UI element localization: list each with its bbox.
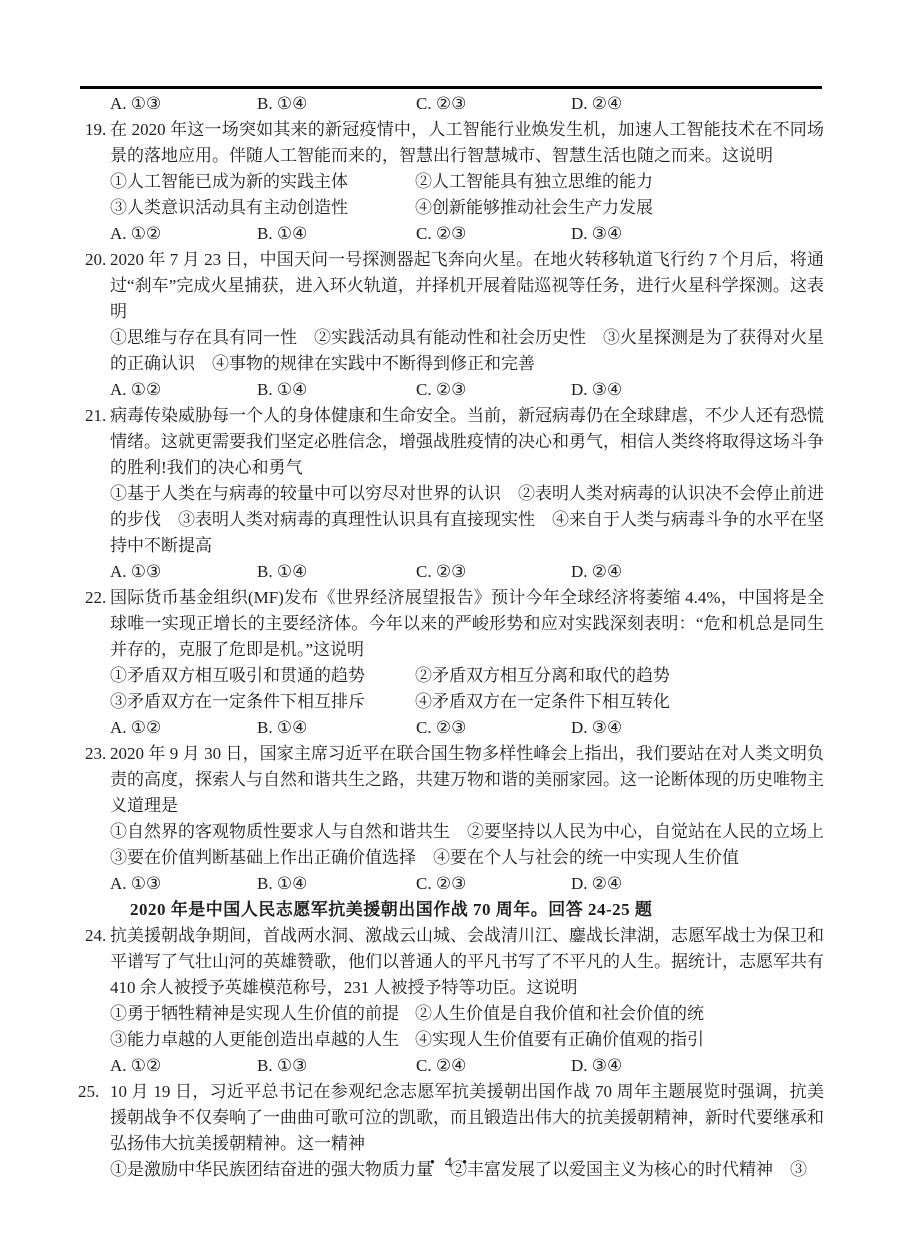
page-top-rule (80, 86, 822, 89)
question-19-choice-a: A. ①② (110, 221, 257, 247)
page-number: • 4 • (0, 1150, 900, 1176)
question-20-choice-d: D. ③④ (571, 377, 824, 403)
question-22-statement-4: ④矛盾双方在一定条件下相互转化 (415, 689, 670, 715)
question-19: 19.在 2020 年这一场突如其来的新冠疫情中，人工智能行业焕发生机，加速人工… (85, 117, 824, 247)
question-23-statements: ①自然界的客观物质性要求人与自然和谐共生 ②要坚持以人民为中心，自觉站在人民的立… (110, 819, 824, 871)
question-19-number: 19. (85, 117, 106, 143)
question-21: 21.病毒传染威胁每一个人的身体健康和生命安全。当前，新冠病毒仍在全球肆虐，不少… (85, 403, 824, 585)
carryover-choice-d: D. ②④ (571, 91, 824, 117)
question-24-choice-b: B. ①③ (257, 1053, 416, 1079)
carryover-choice-a: A. ①③ (110, 91, 257, 117)
question-24-statement-4: ④实现人生价值要有正确价值观的指引 (415, 1027, 704, 1053)
question-24-choice-d: D. ③④ (571, 1053, 824, 1079)
question-21-choice-c: C. ②③ (416, 559, 571, 585)
question-21-choice-a: A. ①③ (110, 559, 257, 585)
question-23-choice-c: C. ②③ (416, 871, 571, 897)
question-19-choice-row: A. ①②B. ①④C. ②③D. ③④ (110, 221, 824, 247)
question-19-statement-2: ②人工智能具有独立思维的能力 (415, 169, 653, 195)
question-22-choice-row: A. ①②B. ①④C. ②③D. ③④ (110, 715, 824, 741)
question-21-choice-d: D. ②④ (571, 559, 824, 585)
question-22-statement-2: ②矛盾双方相互分离和取代的趋势 (415, 663, 670, 689)
question-24-statement-3: ③能力卓越的人更能创造出卓越的人生 (110, 1027, 415, 1053)
question-24-statement-2: ②人生价值是自我价值和社会价值的统 (415, 1001, 704, 1027)
carryover-choice-b: B. ①④ (257, 91, 416, 117)
question-23-choice-row: A. ①③B. ①④C. ②③D. ②④ (110, 871, 824, 897)
carryover-choice-row: A. ①③ B. ①④ C. ②③ D. ②④ (85, 91, 824, 117)
question-19-statement-4: ④创新能够推动社会生产力发展 (415, 195, 653, 221)
question-25-stem: 10 月 19 日，习近平总书记在参观纪念志愿军抗美援朝出国作战 70 周年主题… (110, 1079, 824, 1157)
question-22-choice-a: A. ①② (110, 715, 257, 741)
question-23-stem: 2020 年 9 月 30 日，国家主席习近平在联合国生物多样性峰会上指出，我们… (110, 741, 824, 819)
question-23-choice-d: D. ②④ (571, 871, 824, 897)
question-20-choice-row: A. ①②B. ①④C. ②③D. ③④ (110, 377, 824, 403)
question-19-choice-d: D. ③④ (571, 221, 824, 247)
question-24-statement-row-2: ③能力卓越的人更能创造出卓越的人生④实现人生价值要有正确价值观的指引 (110, 1027, 824, 1053)
question-22-statement-1: ①矛盾双方相互吸引和贯通的趋势 (110, 663, 415, 689)
question-23-choice-a: A. ①③ (110, 871, 257, 897)
question-22-choice-b: B. ①④ (257, 715, 416, 741)
question-22-statement-row-2: ③矛盾双方在一定条件下相互排斥④矛盾双方在一定条件下相互转化 (110, 689, 824, 715)
question-24-statement-1: ①勇于牺牲精神是实现人生价值的前提 (110, 1001, 415, 1027)
question-21-number: 21. (85, 403, 106, 429)
question-24-choice-c: C. ②④ (416, 1053, 571, 1079)
question-22-choice-d: D. ③④ (571, 715, 824, 741)
carryover-choice-c: C. ②③ (416, 91, 571, 117)
question-20-statements: ①思维与存在具有同一性 ②实践活动具有能动性和社会历史性 ③火星探测是为了获得对… (110, 325, 824, 377)
question-20-stem: 2020 年 7 月 23 日，中国天问一号探测器起飞奔向火星。在地火转移轨道飞… (110, 247, 824, 325)
question-19-statement-3: ③人类意识活动具有主动创造性 (110, 195, 415, 221)
question-22: 22.国际货币基金组织(MF)发布《世界经济展望报告》预计今年全球经济将萎缩 4… (85, 585, 824, 741)
question-22-number: 22. (85, 585, 106, 611)
question-24-number: 24. (85, 923, 106, 949)
question-20: 20.2020 年 7 月 23 日，中国天问一号探测器起飞奔向火星。在地火转移… (85, 247, 824, 403)
question-24: 24.抗美援朝战争期间，首战两水洞、激战云山城、会战清川江、鏖战长津湖，志愿军战… (85, 923, 824, 1079)
question-23-choice-b: B. ①④ (257, 871, 416, 897)
question-24-stem: 抗美援朝战争期间，首战两水洞、激战云山城、会战清川江、鏖战长津湖，志愿军战士为保… (110, 923, 824, 1001)
section-note: 2020 年是中国人民志愿军抗美援朝出国作战 70 周年。回答 24-25 题 (85, 897, 824, 923)
question-21-stem: 病毒传染威胁每一个人的身体健康和生命安全。当前，新冠病毒仍在全球肆虐，不少人还有… (110, 403, 824, 481)
exam-page: A. ①③ B. ①④ C. ②③ D. ②④ 19.在 2020 年这一场突如… (0, 0, 900, 1246)
question-20-choice-c: C. ②③ (416, 377, 571, 403)
question-19-stem: 在 2020 年这一场突如其来的新冠疫情中，人工智能行业焕发生机，加速人工智能技… (110, 117, 824, 169)
question-20-choice-a: A. ①② (110, 377, 257, 403)
question-19-statement-1: ①人工智能已成为新的实践主体 (110, 169, 415, 195)
question-21-choice-row: A. ①③B. ①④C. ②③D. ②④ (110, 559, 824, 585)
question-24-choice-a: A. ①② (110, 1053, 257, 1079)
question-19-choice-b: B. ①④ (257, 221, 416, 247)
question-23: 23.2020 年 9 月 30 日，国家主席习近平在联合国生物多样性峰会上指出… (85, 741, 824, 897)
question-22-statement-3: ③矛盾双方在一定条件下相互排斥 (110, 689, 415, 715)
question-22-statement-row-1: ①矛盾双方相互吸引和贯通的趋势②矛盾双方相互分离和取代的趋势 (110, 663, 824, 689)
question-21-statements: ①基于人类在与病毒的较量中可以穷尽对世界的认识 ②表明人类对病毒的认识决不会停止… (110, 481, 824, 559)
question-24-choice-row: A. ①②B. ①③C. ②④D. ③④ (110, 1053, 824, 1079)
question-21-choice-b: B. ①④ (257, 559, 416, 585)
question-20-number: 20. (85, 247, 106, 273)
question-20-choice-b: B. ①④ (257, 377, 416, 403)
question-22-choice-c: C. ②③ (416, 715, 571, 741)
question-19-statement-row-2: ③人类意识活动具有主动创造性④创新能够推动社会生产力发展 (110, 195, 824, 221)
question-25-number: 25. (78, 1079, 99, 1105)
question-23-number: 23. (85, 741, 106, 767)
question-22-stem: 国际货币基金组织(MF)发布《世界经济展望报告》预计今年全球经济将萎缩 4.4%… (110, 585, 824, 663)
question-19-statement-row-1: ①人工智能已成为新的实践主体②人工智能具有独立思维的能力 (110, 169, 824, 195)
question-list: 19.在 2020 年这一场突如其来的新冠疫情中，人工智能行业焕发生机，加速人工… (85, 117, 824, 1183)
question-24-statement-row-1: ①勇于牺牲精神是实现人生价值的前提②人生价值是自我价值和社会价值的统 (110, 1001, 824, 1027)
question-19-choice-c: C. ②③ (416, 221, 571, 247)
